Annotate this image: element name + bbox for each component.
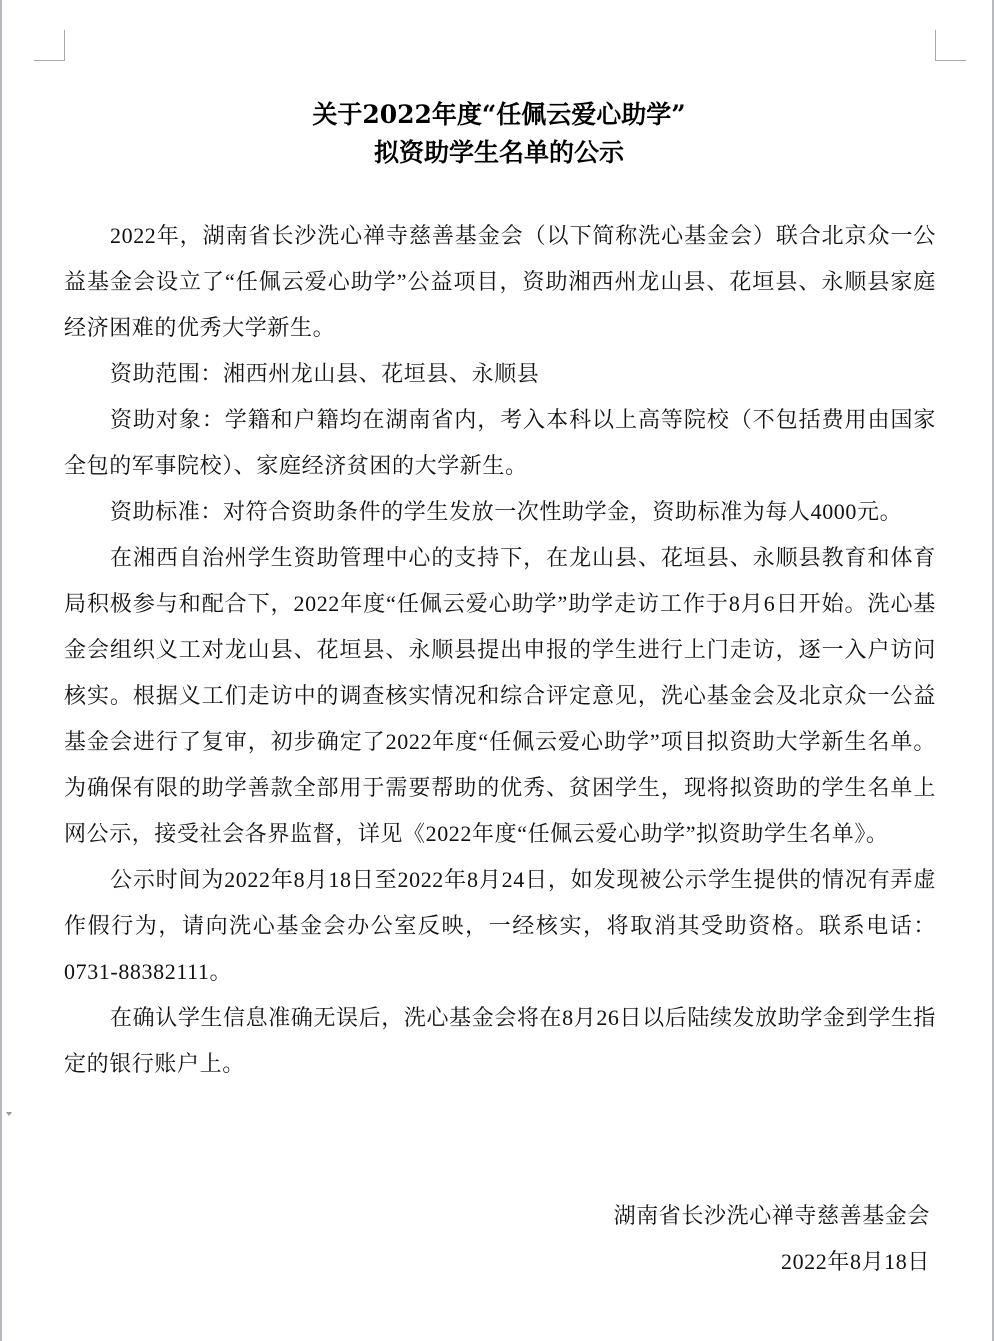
document-title: 关于2022年度“任佩云爱心助学” 拟资助学生名单的公示 <box>64 96 934 172</box>
signature-block: 湖南省长沙洗心禅寺慈善基金会 2022年8月18日 <box>614 1193 930 1285</box>
paragraph-disbursement: 在确认学生信息准确无误后，洗心基金会将在8月26日以后陆续发放助学金到学生指定的… <box>64 995 936 1087</box>
margin-corner-mark-top-right <box>935 30 966 61</box>
signature-date: 2022年8月18日 <box>614 1239 930 1285</box>
paragraph-marker-icon <box>6 1112 12 1116</box>
paragraph-eligibility: 资助对象：学籍和户籍均在湖南省内，考入本科以上高等院校（不包括费用由国家全包的军… <box>64 397 936 489</box>
paragraph-standard: 资助标准：对符合资助条件的学生发放一次性助学金，资助标准为每人4000元。 <box>64 489 936 535</box>
title-line-2: 拟资助学生名单的公示 <box>64 134 934 172</box>
document-body: 2022年，湖南省长沙洗心禅寺慈善基金会（以下简称洗心基金会）联合北京众一公益基… <box>64 213 936 1087</box>
paragraph-intro: 2022年，湖南省长沙洗心禅寺慈善基金会（以下简称洗心基金会）联合北京众一公益基… <box>64 213 936 351</box>
document-page: 关于2022年度“任佩云爱心助学” 拟资助学生名单的公示 2022年，湖南省长沙… <box>0 0 994 1341</box>
title-line-1: 关于2022年度“任佩云爱心助学” <box>64 96 934 134</box>
margin-corner-mark-top-left <box>34 30 65 61</box>
paragraph-publicity-period: 公示时间为2022年8月18日至2022年8月24日，如发现被公示学生提供的情况… <box>64 857 936 995</box>
signature-organization: 湖南省长沙洗心禅寺慈善基金会 <box>614 1193 930 1239</box>
paragraph-scope: 资助范围：湘西州龙山县、花垣县、永顺县 <box>64 351 936 397</box>
paragraph-process: 在湘西自治州学生资助管理中心的支持下，在龙山县、花垣县、永顺县教育和体育局积极参… <box>64 535 936 857</box>
